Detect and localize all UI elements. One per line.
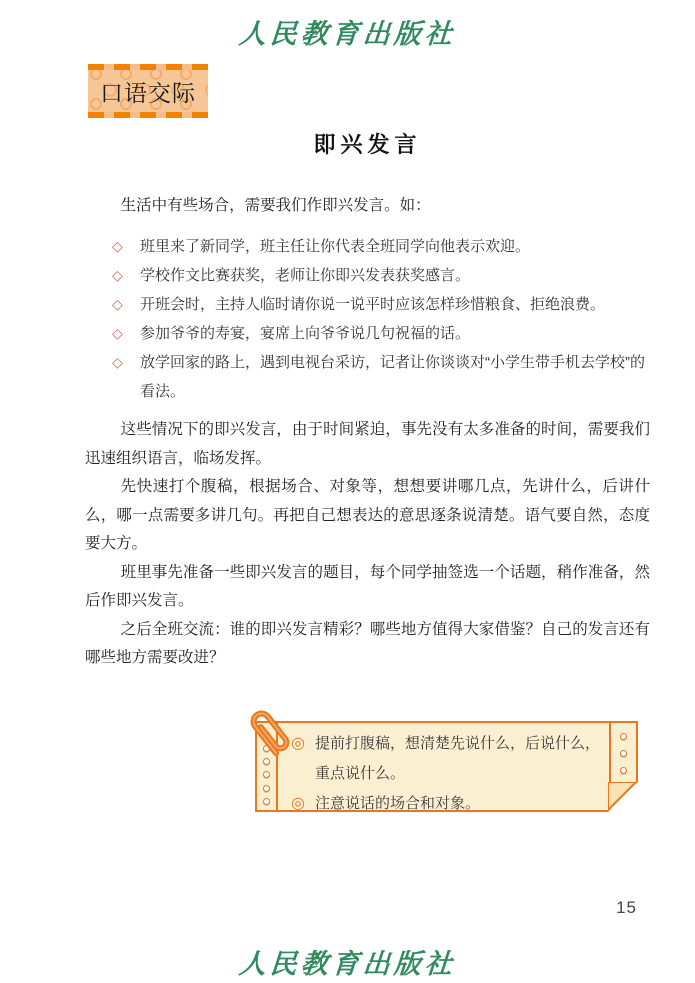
hole-icon [263, 771, 270, 778]
hole-icon [263, 798, 270, 805]
folded-corner-icon [608, 782, 638, 812]
note-item: ◎ 提前打腹稿，想清楚先说什么，后说什么，重点说什么。 [291, 729, 602, 789]
paragraph: 班里事先准备一些即兴发言的题目，每个同学抽签选一个话题，稍作准备，然后作即兴发言… [85, 559, 650, 616]
example-text: 班里来了新同学，班主任让你代表全班同学向他表示欢迎。 [140, 238, 530, 255]
diamond-bullet-icon: ◇ [112, 319, 123, 348]
hole-icon [620, 767, 627, 774]
diamond-bullet-icon: ◇ [112, 232, 123, 261]
example-item: ◇ 班里来了新同学，班主任让你代表全班同学向他表示欢迎。 [85, 232, 650, 261]
hole-icon [263, 785, 270, 792]
diamond-bullet-icon: ◇ [112, 261, 123, 290]
paperclip-icon [247, 703, 293, 765]
note-item: ◎ 注意说话的场合和对象。 [291, 789, 602, 819]
diamond-bullet-icon: ◇ [112, 290, 123, 319]
diamond-bullet-icon: ◇ [112, 348, 123, 377]
lesson-paragraphs: 这些情况下的即兴发言，由于时间紧迫，事先没有太多准备的时间，需要我们迅速组织语言… [85, 416, 650, 673]
paragraph: 这些情况下的即兴发言，由于时间紧迫，事先没有太多准备的时间，需要我们迅速组织语言… [85, 416, 650, 473]
lesson-badge: 口语交际 [88, 64, 208, 118]
example-text: 学校作文比赛获奖，老师让你即兴发表获奖感言。 [140, 267, 470, 284]
example-text: 放学回家的路上，遇到电视台采访，记者让你谈谈对“小学生带手机去学校”的看法。 [140, 354, 645, 400]
hole-icon [620, 733, 627, 740]
example-item: ◇ 参加爷爷的寿宴，宴席上向爷爷说几句祝福的话。 [85, 319, 650, 348]
paragraph: 之后全班交流：谁的即兴发言精彩？哪些地方值得大家借鉴？自己的发言还有哪些地方需要… [85, 616, 650, 673]
note-text: 提前打腹稿，想清楚先说什么，后说什么，重点说什么。 [315, 735, 600, 782]
note-text: 注意说话的场合和对象。 [315, 795, 480, 812]
example-text: 参加爷爷的寿宴，宴席上向爷爷说几句祝福的话。 [140, 325, 470, 342]
publisher-logo-top: 人民教育出版社 [0, 12, 695, 51]
note-content: ◎ 提前打腹稿，想清楚先说什么，后说什么，重点说什么。 ◎ 注意说话的场合和对象… [291, 729, 602, 819]
example-list: ◇ 班里来了新同学，班主任让你代表全班同学向他表示欢迎。 ◇ 学校作文比赛获奖，… [85, 232, 650, 406]
example-item: ◇ 学校作文比赛获奖，老师让你即兴发表获奖感言。 [85, 261, 650, 290]
paragraph: 先快速打个腹稿，根据场合、对象等，想想要讲哪几点，先讲什么，后讲什么，哪一点需要… [85, 473, 650, 559]
tip-note-box: ◎ 提前打腹稿，想清楚先说什么，后说什么，重点说什么。 ◎ 注意说话的场合和对象… [255, 721, 638, 812]
example-item: ◇ 放学回家的路上，遇到电视台采访，记者让你谈谈对“小学生带手机去学校”的看法。 [85, 348, 650, 406]
lesson-intro: 生活中有些场合，需要我们作即兴发言。如： [85, 191, 650, 220]
example-text: 开班会时，主持人临时请你说一说平时应该怎样珍惜粮食、拒绝浪费。 [140, 296, 605, 313]
page-number: 15 [616, 898, 637, 918]
example-item: ◇ 开班会时，主持人临时请你说一说平时应该怎样珍惜粮食、拒绝浪费。 [85, 290, 650, 319]
spiral-bullet-icon: ◎ [291, 789, 305, 819]
lesson-title: 即兴发言 [85, 128, 650, 159]
publisher-logo-bottom: 人民教育出版社 [0, 942, 695, 981]
lesson-content: 即兴发言 生活中有些场合，需要我们作即兴发言。如： ◇ 班里来了新同学，班主任让… [85, 128, 650, 673]
lesson-badge-label: 口语交际 [100, 75, 196, 108]
hole-icon [620, 750, 627, 757]
spiral-bullet-icon: ◎ [291, 729, 305, 759]
